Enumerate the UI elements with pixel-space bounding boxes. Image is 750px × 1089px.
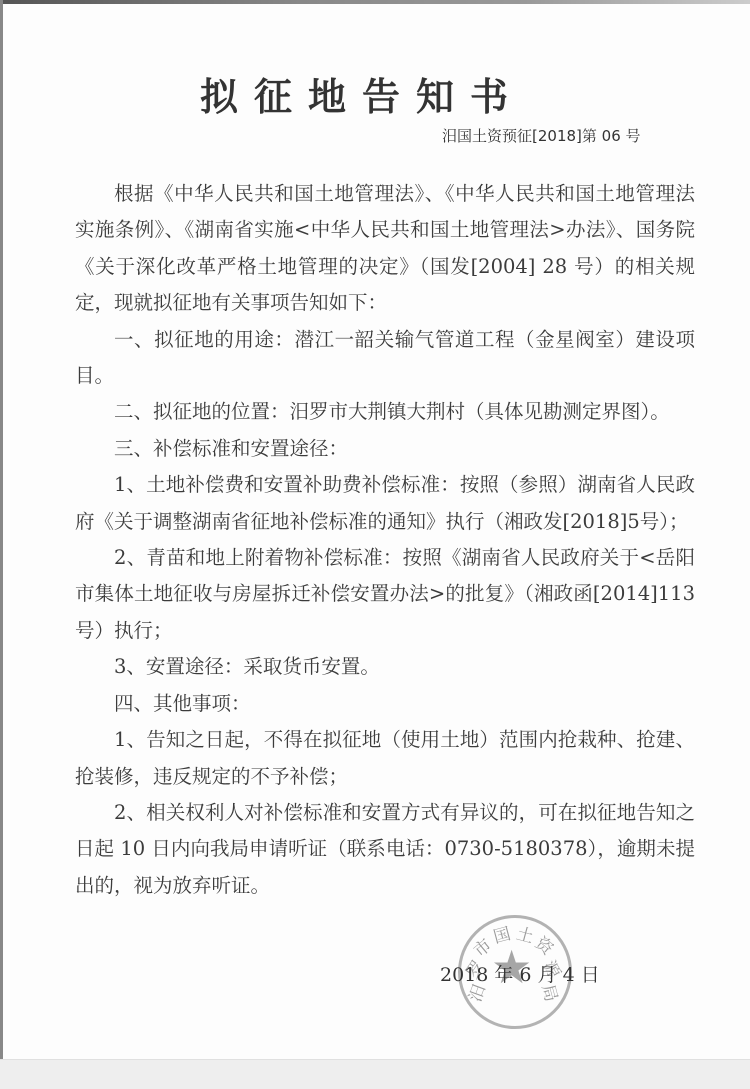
paragraph-compensation-heading: 三、补偿标准和安置途径： <box>75 431 695 467</box>
paragraph-hearing: 2、相关权利人对补偿标准和安置方式有异议的，可在拟征地告知之日起 10 日内向我… <box>75 795 695 904</box>
paragraph-purpose: 一、拟征地的用途：潜江一韶关输气管道工程（金星阀室）建设项目。 <box>75 322 695 395</box>
paragraph-crop-compensation: 2、青苗和地上附着物补偿标准：按照《湖南省人民政府关于<岳阳市集体土地征收与房屋… <box>75 540 695 649</box>
paragraph-intro: 根据《中华人民共和国土地管理法》、《中华人民共和国土地管理法实施条例》、《湖南省… <box>75 176 695 322</box>
document-body: 根据《中华人民共和国土地管理法》、《中华人民共和国土地管理法实施条例》、《湖南省… <box>75 176 695 904</box>
document-number: 汨国土资预征[2018]第 06 号 <box>442 125 641 146</box>
paragraph-location: 二、拟征地的位置：汨罗市大荆镇大荆村（具体见勘测定界图）。 <box>75 394 695 430</box>
document-date: 2018 年 6 月 4 日 <box>440 960 600 987</box>
seal-char: 资 <box>531 929 560 959</box>
paragraph-prohibition: 1、告知之日起，不得在拟征地（使用土地）范围内抢栽种、抢建、抢装修，违反规定的不… <box>75 722 695 795</box>
scan-edge-left <box>0 0 3 1089</box>
paragraph-resettlement: 3、安置途径：采取货币安置。 <box>75 649 695 685</box>
paragraph-other-heading: 四、其他事项： <box>75 686 695 722</box>
scan-edge-top <box>0 0 750 4</box>
scan-edge-bottom <box>0 1059 750 1089</box>
paragraph-land-compensation: 1、土地补偿费和安置补助费补偿标准：按照（参照）湖南省人民政府《关于调整湖南省征… <box>75 467 695 540</box>
document-title: 拟征地告知书 <box>200 66 550 121</box>
